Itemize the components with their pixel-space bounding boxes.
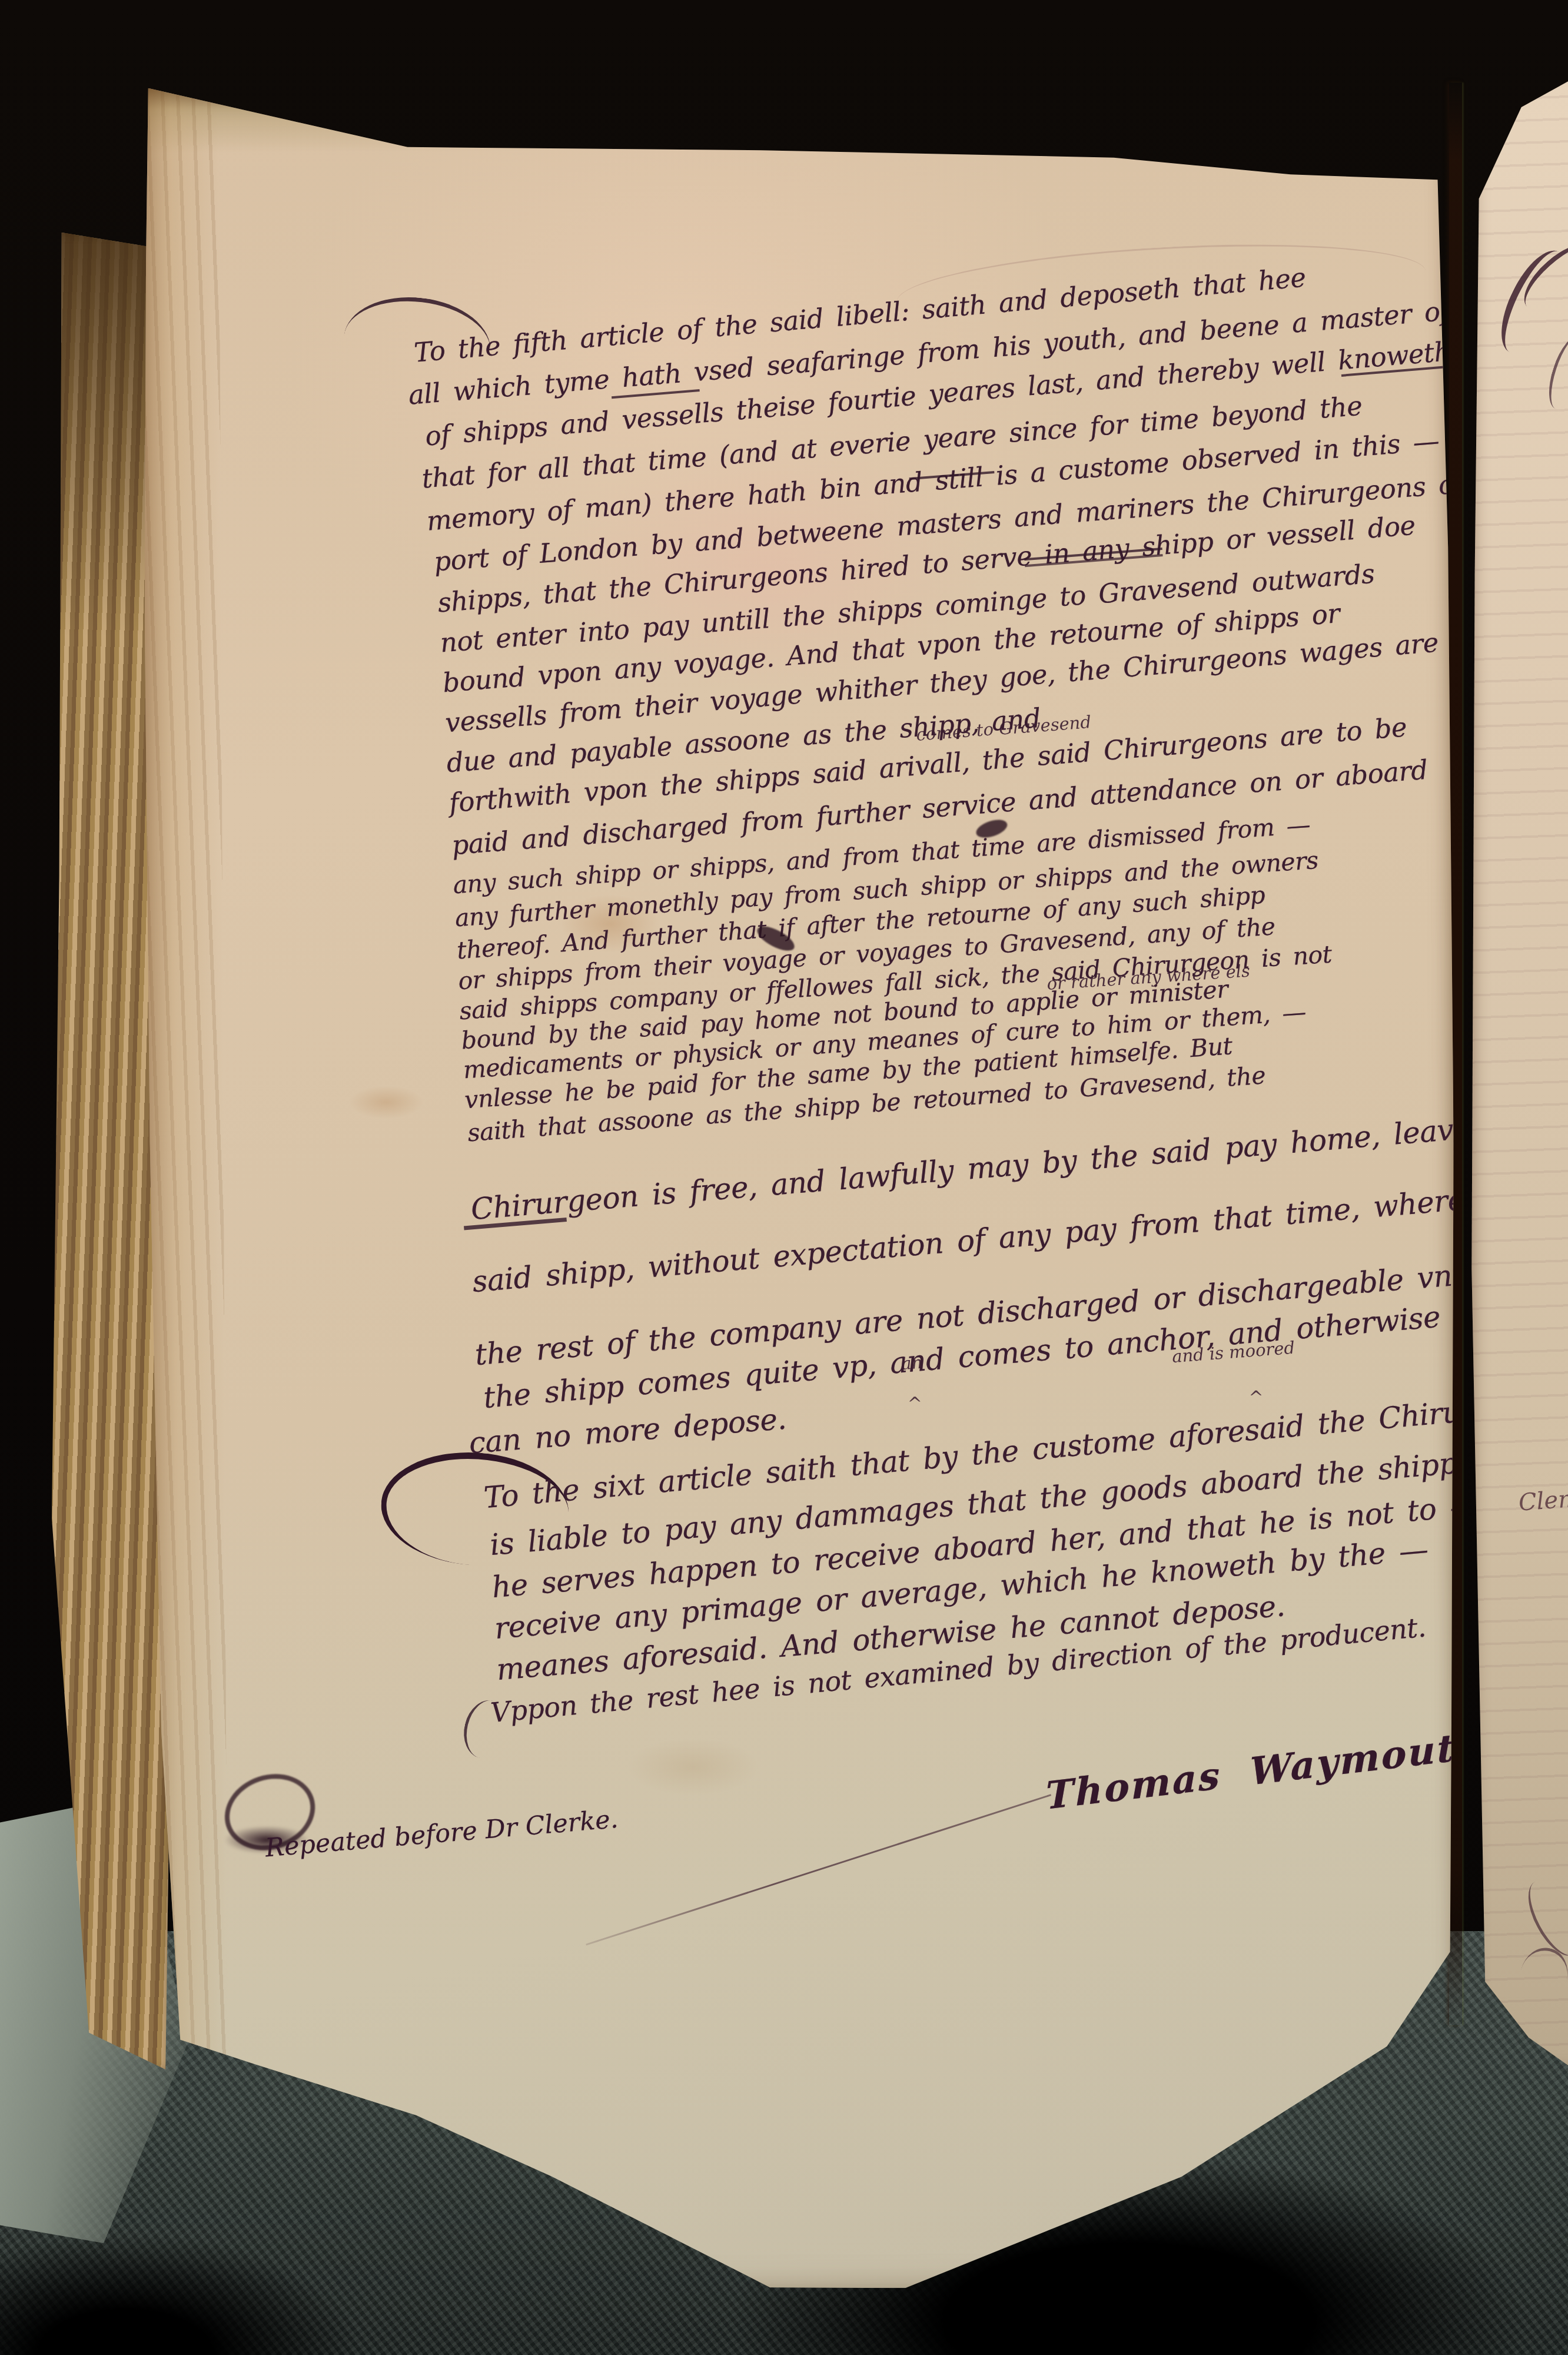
caret-mark: ^ [1248,1388,1263,1408]
facing-page: Clem [1464,75,1568,2065]
signature-flourish-line [586,1794,1051,1945]
paragraph-sixth-article: To the sixt article saith that by the cu… [131,77,1452,82]
witness-signature: Thomas Waymouth [1045,1722,1485,1819]
manuscript-photo: Clem To the fifth article of the said li… [0,0,1568,2355]
caret-mark: ^ [908,1394,922,1414]
paragraph-fifth-article: To the fifth article of the said libell:… [131,77,1452,82]
interlinear-insertion: an [901,1352,923,1374]
deposition-text: To the fifth article of the said libell:… [131,77,1461,2302]
bound-manuscript-page: To the fifth article of the said libell:… [131,77,1461,2302]
facing-ink-stroke [1542,331,1568,413]
facing-page-word: Clem [1518,1485,1568,1516]
